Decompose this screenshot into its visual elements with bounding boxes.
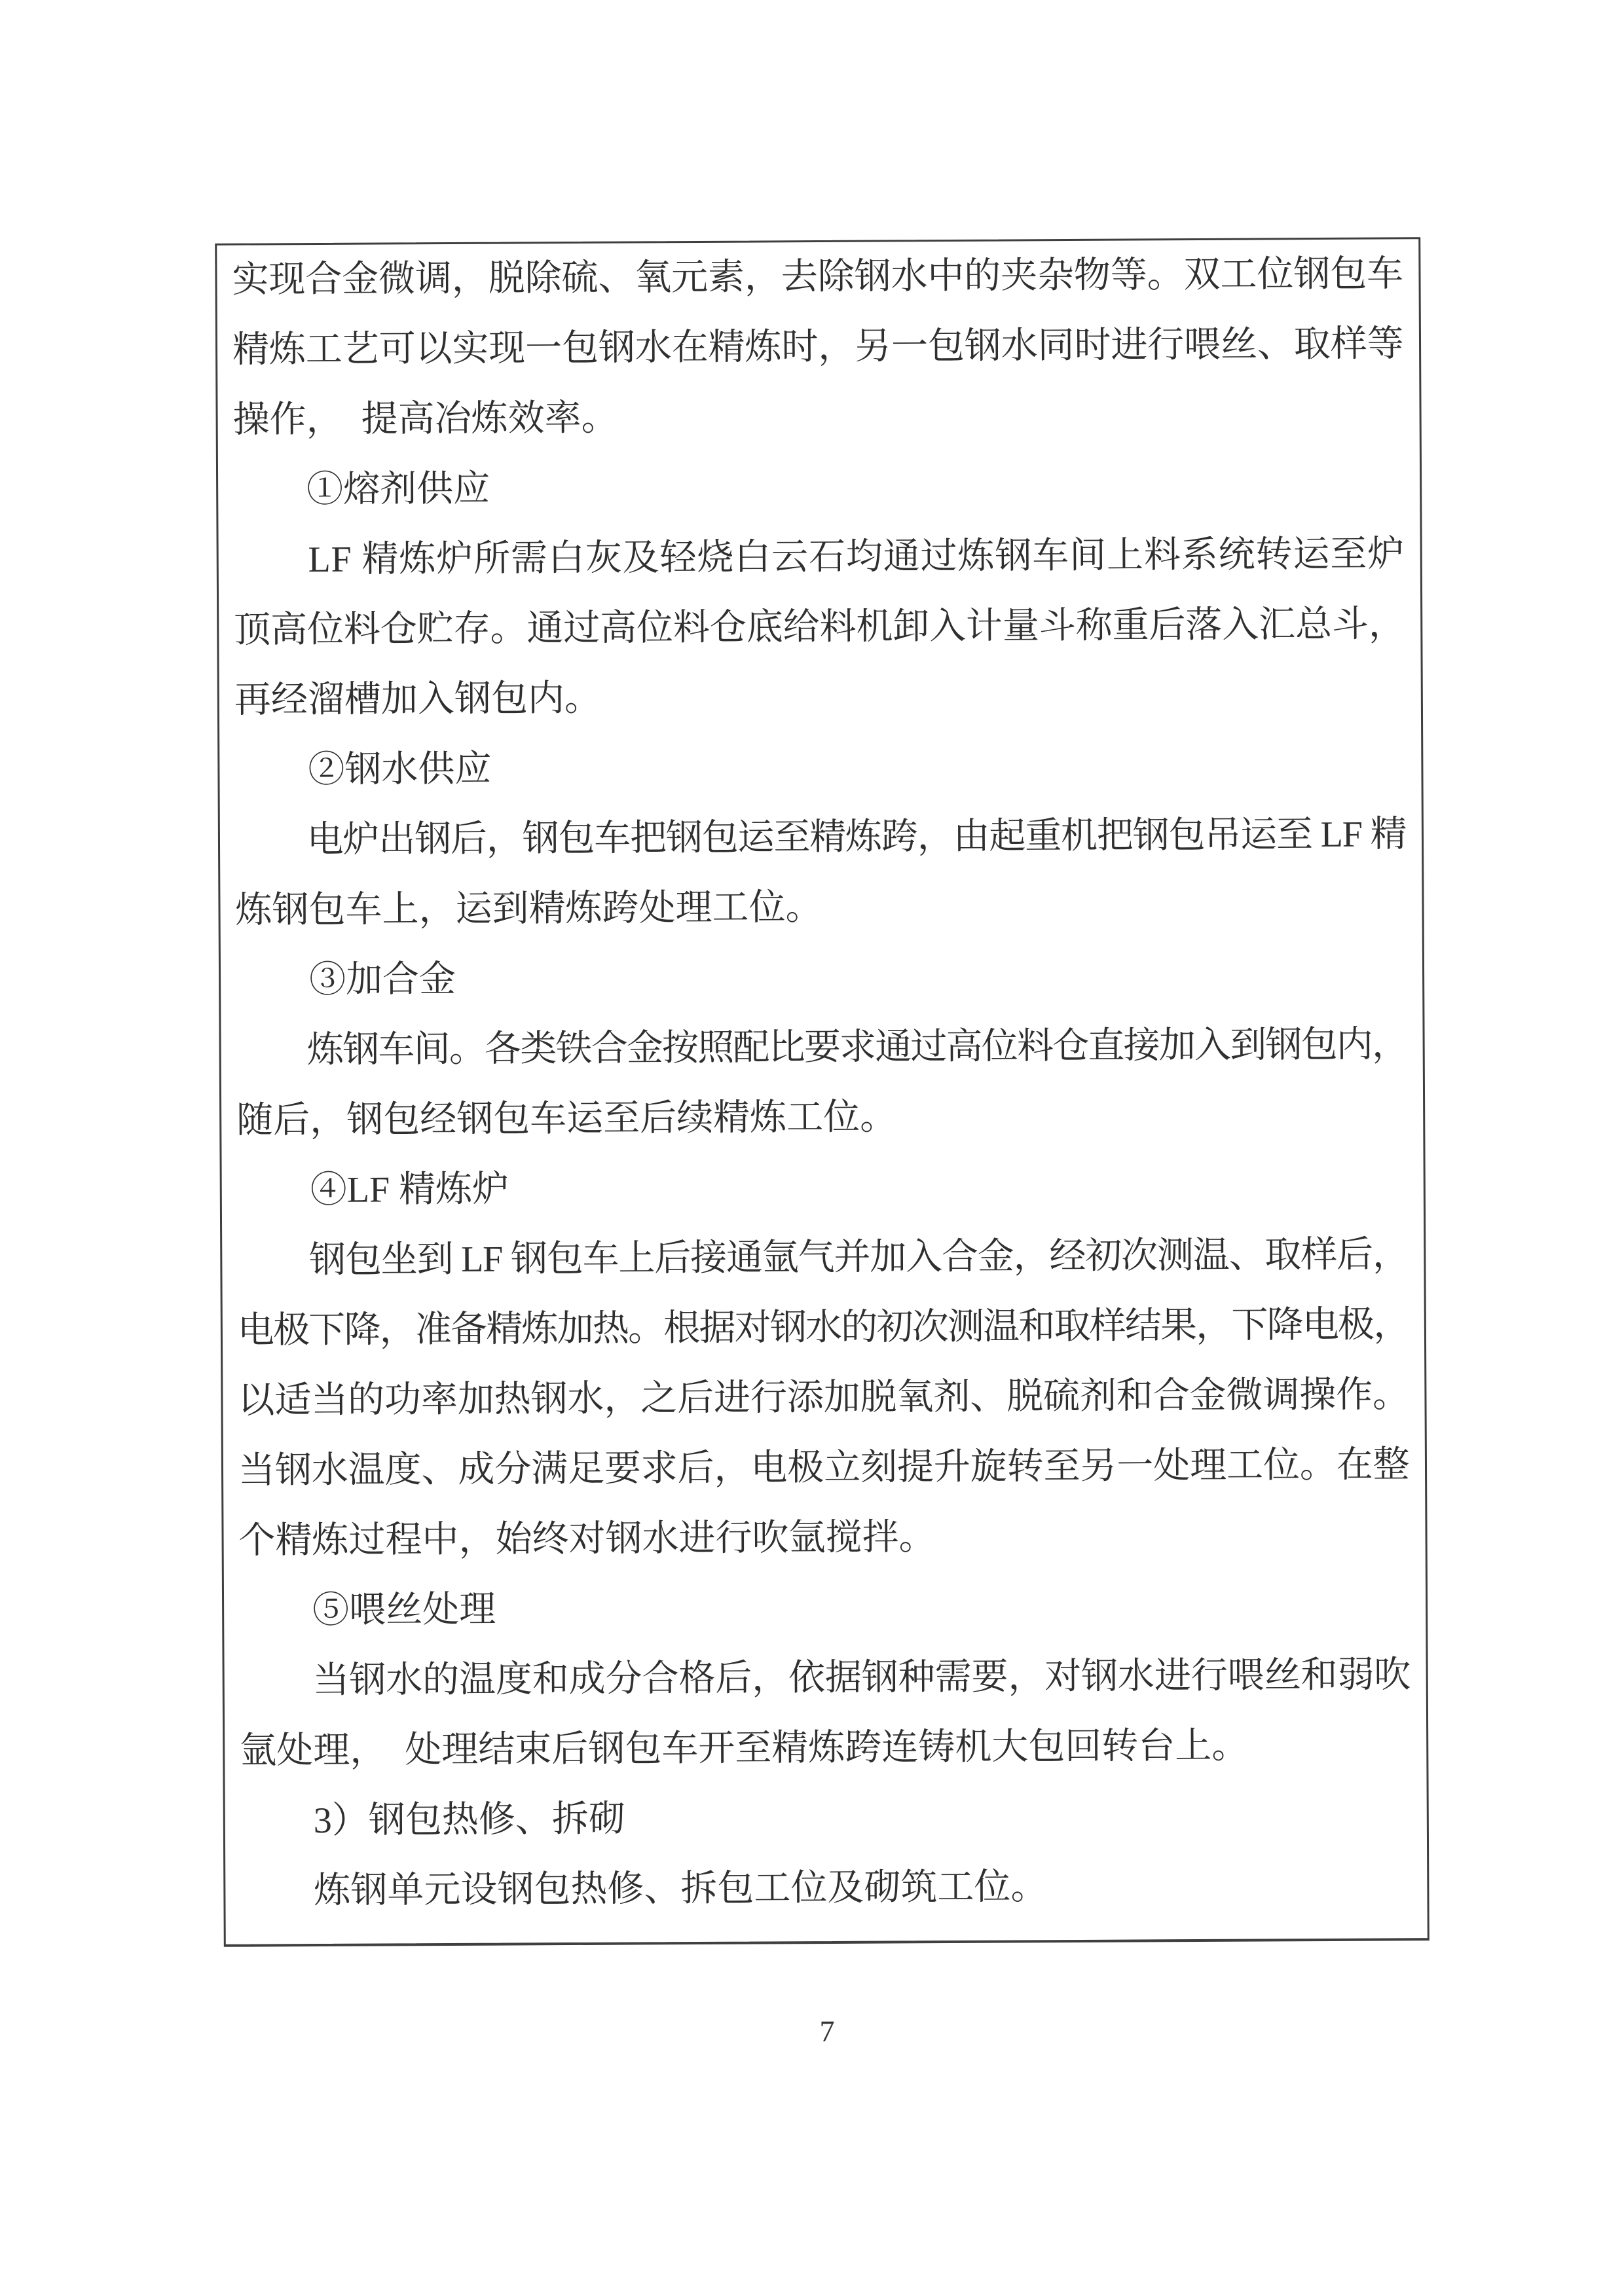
text-line: 炼钢包车上，运到精炼跨处理工位。 — [235, 869, 1407, 945]
scanned-sheet: 实现合金微调，脱除硫、氧元素，去除钢水中的夹杂物等。双工位钢包车精炼工艺可以实现… — [0, 0, 1624, 2296]
text-line: 电极下降，准备精炼加热。根据对钢水的初次测温和取样结果，下降电极， — [238, 1290, 1410, 1366]
text-line: ①熔剂供应 — [233, 449, 1405, 525]
content-border-box: 实现合金微调，脱除硫、氧元素，去除钢水中的夹杂物等。双工位钢包车精炼工艺可以实现… — [215, 237, 1430, 1947]
text-line: 顶高位料仓贮存。通过高位料仓底给料机卸入计量斗称重后落入汇总斗， — [234, 589, 1406, 665]
text-line: ⑤喂丝处理 — [239, 1570, 1411, 1646]
text-line: 个精炼过程中，始终对钢水进行吹氩搅拌。 — [238, 1500, 1411, 1576]
text-line: 以适当的功率加热钢水，之后进行添加脱氧剂、脱硫剂和合金微调操作。 — [238, 1360, 1410, 1436]
text-line: 再经溜槽加入钢包内。 — [234, 659, 1407, 735]
text-line: 实现合金微调，脱除硫、氧元素，去除钢水中的夹杂物等。双工位钢包车 — [232, 239, 1404, 315]
text-line: ④LF 精炼炉 — [236, 1150, 1409, 1226]
text-line: 炼钢单元设钢包热修、拆包工位及砌筑工位。 — [240, 1850, 1412, 1926]
page-number: 7 — [224, 2012, 1430, 2051]
text-line: 氩处理， 处理结束后钢包车开至精炼跨连铸机大包回转台上。 — [240, 1710, 1412, 1786]
document-text: 实现合金微调，脱除硫、氧元素，去除钢水中的夹杂物等。双工位钢包车精炼工艺可以实现… — [232, 239, 1412, 1926]
page: 实现合金微调，脱除硫、氧元素，去除钢水中的夹杂物等。双工位钢包车精炼工艺可以实现… — [0, 0, 1624, 2296]
text-line: 炼钢车间。各类铁合金按照配比要求通过高位料仓直接加入到钢包内， — [236, 1010, 1408, 1085]
text-line: ②钢水供应 — [234, 729, 1407, 805]
text-line: ③加合金 — [236, 939, 1408, 1015]
text-line: 操作， 提高冶炼效率。 — [232, 379, 1405, 455]
text-line: 当钢水的温度和成分合格后，依据钢种需要，对钢水进行喂丝和弱吹 — [239, 1640, 1411, 1716]
text-line: 精炼工艺可以实现一包钢水在精炼时，另一包钢水同时进行喂丝、取样等 — [232, 309, 1405, 385]
text-line: LF 精炼炉所需白灰及轻烧白云石均通过炼钢车间上料系统转运至炉 — [233, 519, 1405, 595]
text-line: 当钢水温度、成分满足要求后，电极立刻提升旋转至另一处理工位。在整 — [238, 1430, 1411, 1506]
text-line: 3）钢包热修、拆砌 — [240, 1780, 1412, 1856]
text-line: 随后，钢包经钢包车运至后续精炼工位。 — [236, 1080, 1409, 1156]
text-line: 电炉出钢后，钢包车把钢包运至精炼跨，由起重机把钢包吊运至 LF 精 — [235, 799, 1407, 875]
text-line: 钢包坐到 LF 钢包车上后接通氩气并加入合金，经初次测温、取样后， — [237, 1220, 1409, 1296]
